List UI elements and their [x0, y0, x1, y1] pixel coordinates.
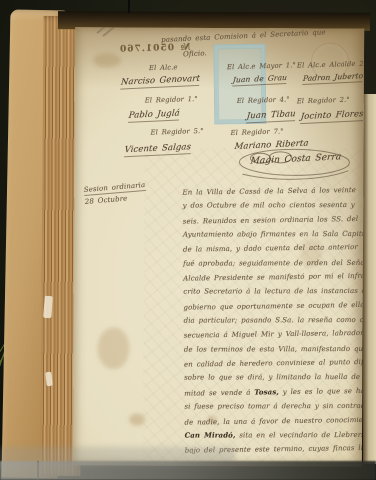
- body-emphasis: Tosas,: [254, 387, 279, 396]
- margin-note: Sesion ordinaria 28 Octubre: [84, 181, 147, 206]
- body-line: de nadie, la una á favor de nuestro cono…: [184, 412, 362, 429]
- paper-stain: [93, 53, 121, 67]
- mirrored-number-stamp: № 0501.760: [119, 43, 191, 55]
- body-segment: crito Secretario á la lectura de las ins…: [183, 287, 364, 296]
- body-line: sobre lo que se dirá, y limitando la hue…: [184, 370, 362, 385]
- body-segment: de los terminos de esta Villa, manifesta…: [184, 345, 364, 354]
- pencil-mark: [102, 27, 114, 36]
- signature-title: El Regidor 7.°: [230, 127, 283, 137]
- body-text: En la Villa de Cassá de la Selva á los v…: [182, 184, 362, 458]
- signature-title: El Alc.e Alcalde 2.°: [297, 60, 364, 70]
- signature-name: Narciso Genovart: [120, 74, 200, 88]
- signature-title: El Alc.e Mayor 1.°: [227, 61, 296, 71]
- body-segment: en calidad de heredero conviniese al pun…: [184, 358, 364, 369]
- body-segment: y les es lo que se haga por: [279, 386, 364, 396]
- signature-name: Jocinto Flores: [300, 109, 364, 122]
- signature-name: Padron Juberto: [303, 71, 364, 83]
- signature-rubric: Vicente Salgas: [124, 142, 192, 157]
- paper-stain: [129, 414, 145, 426]
- body-line: si fuese preciso tomar á derecha y sin c…: [184, 399, 362, 414]
- body-line: de la misma, y dado cuenta del acta ante…: [183, 240, 361, 257]
- page-edge-chip: [43, 296, 53, 319]
- manuscript-page: № 0501.760 pasando esta Comision á el Se…: [73, 27, 364, 467]
- signature-rubric: Juan Tibau: [246, 109, 296, 123]
- signature-name: Juan de Grau: [232, 73, 287, 85]
- signature-name: Juan Tibau: [246, 109, 296, 121]
- body-segment: gobierno que oportunamente se ocupan de …: [183, 300, 364, 311]
- next-page-sliver: [363, 94, 376, 464]
- signature-title: El Regidor 5.°: [150, 127, 203, 137]
- body-segment: y dos Octubre de mil ocho cientos sesent…: [183, 201, 355, 210]
- signature-name: Pablo Juglá: [128, 108, 180, 120]
- signature-rubric: Jocinto Flores: [300, 109, 364, 124]
- bookmark-thread: [128, 0, 130, 13]
- paper-stain: [97, 327, 129, 369]
- body-segment: dia particular; pasando S.Sa. la reseña …: [184, 316, 365, 325]
- body-segment: secuencia á Miguel Mir y Vall-llosera, l…: [184, 329, 364, 340]
- signature-title: El Regidor 2.°: [297, 96, 350, 106]
- top-continuation-note: pasando esta Comision á el Secretario qu…: [161, 28, 326, 44]
- signature-rubric: Padron Juberto: [302, 71, 363, 85]
- signature-title: El Alc.e: [149, 63, 178, 72]
- scan-bottom-band: [0, 461, 376, 480]
- body-segment: Ayuntamiento abajo firmantes en la Sala …: [183, 230, 364, 239]
- signature-rubric: Narciso Genovart: [120, 74, 200, 90]
- body-segment: si fuese preciso tomar á derecha y sin c…: [184, 402, 364, 411]
- body-line: y dos Octubre de mil ocho cientos sesent…: [183, 198, 361, 213]
- body-segment: En la Villa de Cassá de la Selva á los v…: [182, 186, 356, 197]
- body-segment: fué aprobada; seguidamente de orden del …: [183, 259, 364, 268]
- body-line: secuencia á Miguel Mir y Vall-llosera, l…: [184, 326, 362, 343]
- body-segment: sita en el vecindario de Llebrers de: [235, 431, 364, 439]
- body-segment: Alcalde Presidente se manifestó por mi e…: [183, 272, 364, 283]
- signature-rubric: Pablo Juglá: [128, 108, 180, 122]
- top-continuation-note-2: Oficio.: [183, 49, 207, 58]
- body-segment: sobre lo que se dirá, y limitando la hue…: [184, 373, 364, 382]
- signature-rubric: Juan de Grau: [232, 73, 287, 87]
- signature-title: El Regidor 1.°: [145, 95, 198, 105]
- body-lines: En la Villa de Cassá de la Selva á los v…: [182, 184, 362, 458]
- signature-name: Vicente Salgas: [124, 142, 191, 155]
- body-line: crito Secretario á la lectura de las ins…: [183, 284, 361, 299]
- body-segment: mitad se vende á: [184, 388, 254, 397]
- body-emphasis: Can Miradó,: [185, 430, 236, 439]
- body-segment: seis. Reunidos en sesion ordinaria los S…: [183, 215, 359, 226]
- body-segment: de nadie, la una á favor de nuestro cono…: [184, 415, 364, 426]
- secretary-flourish: [236, 146, 352, 183]
- signature-title: El Regidor 4.°: [237, 95, 290, 105]
- scan-background: № 0501.760 pasando esta Comision á el Se…: [0, 0, 376, 480]
- body-segment: de la misma, y dado cuenta del acta ante…: [183, 243, 358, 254]
